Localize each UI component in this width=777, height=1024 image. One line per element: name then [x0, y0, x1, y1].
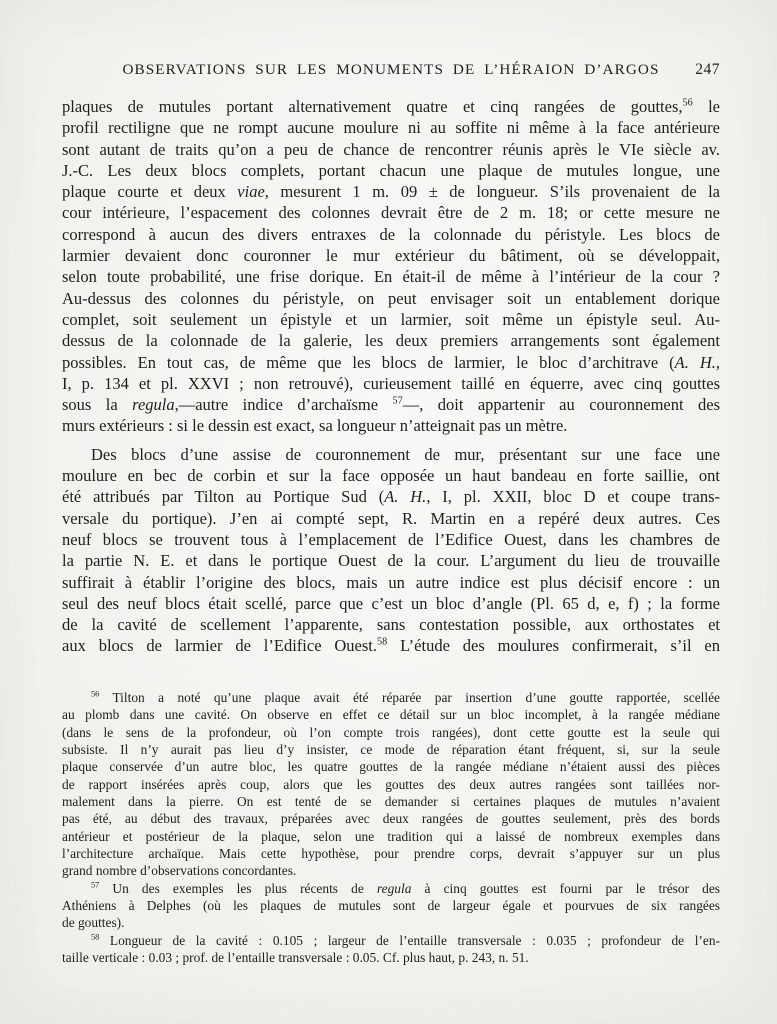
text-line: cour intérieure, l’espacement des colonn… [62, 202, 720, 223]
text-line: plaque courte et deux viae, mesurent 1 m… [62, 181, 720, 202]
text-line: pas été, au début des travaux, préparées… [62, 810, 720, 827]
text-line: I, p. 134 et pl. XXVI ; non retrouvé), c… [62, 373, 720, 394]
text-line: de la cavité de scellement l’apparente, … [62, 614, 720, 635]
text-line: murs extérieurs : si le dessin est exact… [62, 415, 720, 436]
page-number: 247 [695, 61, 720, 79]
running-header: OBSERVATIONS SUR LES MONUMENTS DE L’HÉRA… [62, 61, 720, 81]
text-line: au plomb dans une cavité. On observe en … [62, 706, 720, 723]
text-line: Au-dessus des colonnes du péristyle, on … [62, 288, 720, 309]
text-line: antérieur et postérieur de la plaque, se… [62, 828, 720, 845]
text-line: (dans le sens de la profondeur, où l’on … [62, 724, 720, 741]
text-line: plaques de mutules portant alternativeme… [62, 96, 720, 117]
text-line: 56 Tilton a noté qu’une plaque avait été… [62, 689, 720, 706]
text-line: dessus de la colonnade de la galerie, le… [62, 330, 720, 351]
footnote-56: 56 Tilton a noté qu’une plaque avait été… [62, 689, 720, 880]
text-line: complet, soit seulement un épistyle et u… [62, 309, 720, 330]
footnote-58: 58 Longueur de la cavité : 0.105 ; large… [62, 932, 720, 967]
body-text: plaques de mutules portant alternativeme… [62, 96, 720, 657]
running-header-title: OBSERVATIONS SUR LES MONUMENTS DE L’HÉRA… [62, 61, 720, 79]
text-line: selon toute probabilité, une frise doriq… [62, 266, 720, 287]
text-line: versale du portique). J’en ai compté sep… [62, 508, 720, 529]
text-line: subsiste. Il n’y aurait pas lieu d’y ins… [62, 741, 720, 758]
text-line: correspond à aucun des divers entraxes d… [62, 224, 720, 245]
text-line: aux blocs de larmier de l’Edifice Ouest.… [62, 635, 720, 656]
text-line: 58 Longueur de la cavité : 0.105 ; large… [62, 932, 720, 949]
text-line: malement dans la pierre. On est tenté de… [62, 793, 720, 810]
text-line: l’architecture archaïque. Mais cette hyp… [62, 845, 720, 862]
text-line: de gouttes). [62, 914, 720, 931]
text-line: plaque conservée d’un autre bloc, les qu… [62, 758, 720, 775]
body-paragraph-2: Des blocs d’une assise de couronnement d… [62, 444, 720, 657]
text-line: la partie N. E. et dans le portique Oues… [62, 550, 720, 571]
body-paragraph-1: plaques de mutules portant alternativeme… [62, 96, 720, 437]
text-line: possibles. En tout cas, de même que les … [62, 352, 720, 373]
scanned-book-page: OBSERVATIONS SUR LES MONUMENTS DE L’HÉRA… [0, 0, 777, 1024]
text-line: sont autant de traits qu’on a peu de cha… [62, 139, 720, 160]
text-line: 57 Un des exemples les plus récents de r… [62, 880, 720, 897]
text-line: sous la regula,—autre indice d’archaïsme… [62, 394, 720, 415]
text-line: Athéniens à Delphes (où les plaques de m… [62, 897, 720, 914]
text-line: J.-C. Les deux blocs complets, portant c… [62, 160, 720, 181]
footnotes-block: 56 Tilton a noté qu’une plaque avait été… [62, 689, 720, 967]
text-line: suffirait à établir l’origine des blocs,… [62, 572, 720, 593]
text-line: larmier devaient donc couronner le mur e… [62, 245, 720, 266]
footnote-57: 57 Un des exemples les plus récents de r… [62, 880, 720, 932]
text-line: grand nombre d’observations concordantes… [62, 862, 720, 879]
text-line: de rapport insérées après coup, alors qu… [62, 776, 720, 793]
text-line: seul des neuf blocs était scellé, parce … [62, 593, 720, 614]
text-line: profil rectiligne que ne rompt aucune mo… [62, 117, 720, 138]
text-line: été attribués par Tilton au Portique Sud… [62, 486, 720, 507]
text-line: Des blocs d’une assise de couronnement d… [62, 444, 720, 465]
text-line: taille verticale : 0.03 ; prof. de l’ent… [62, 949, 720, 966]
text-line: neuf blocs se trouvent tous à l’emplacem… [62, 529, 720, 550]
text-line: moulure en bec de corbin et sur la face … [62, 465, 720, 486]
